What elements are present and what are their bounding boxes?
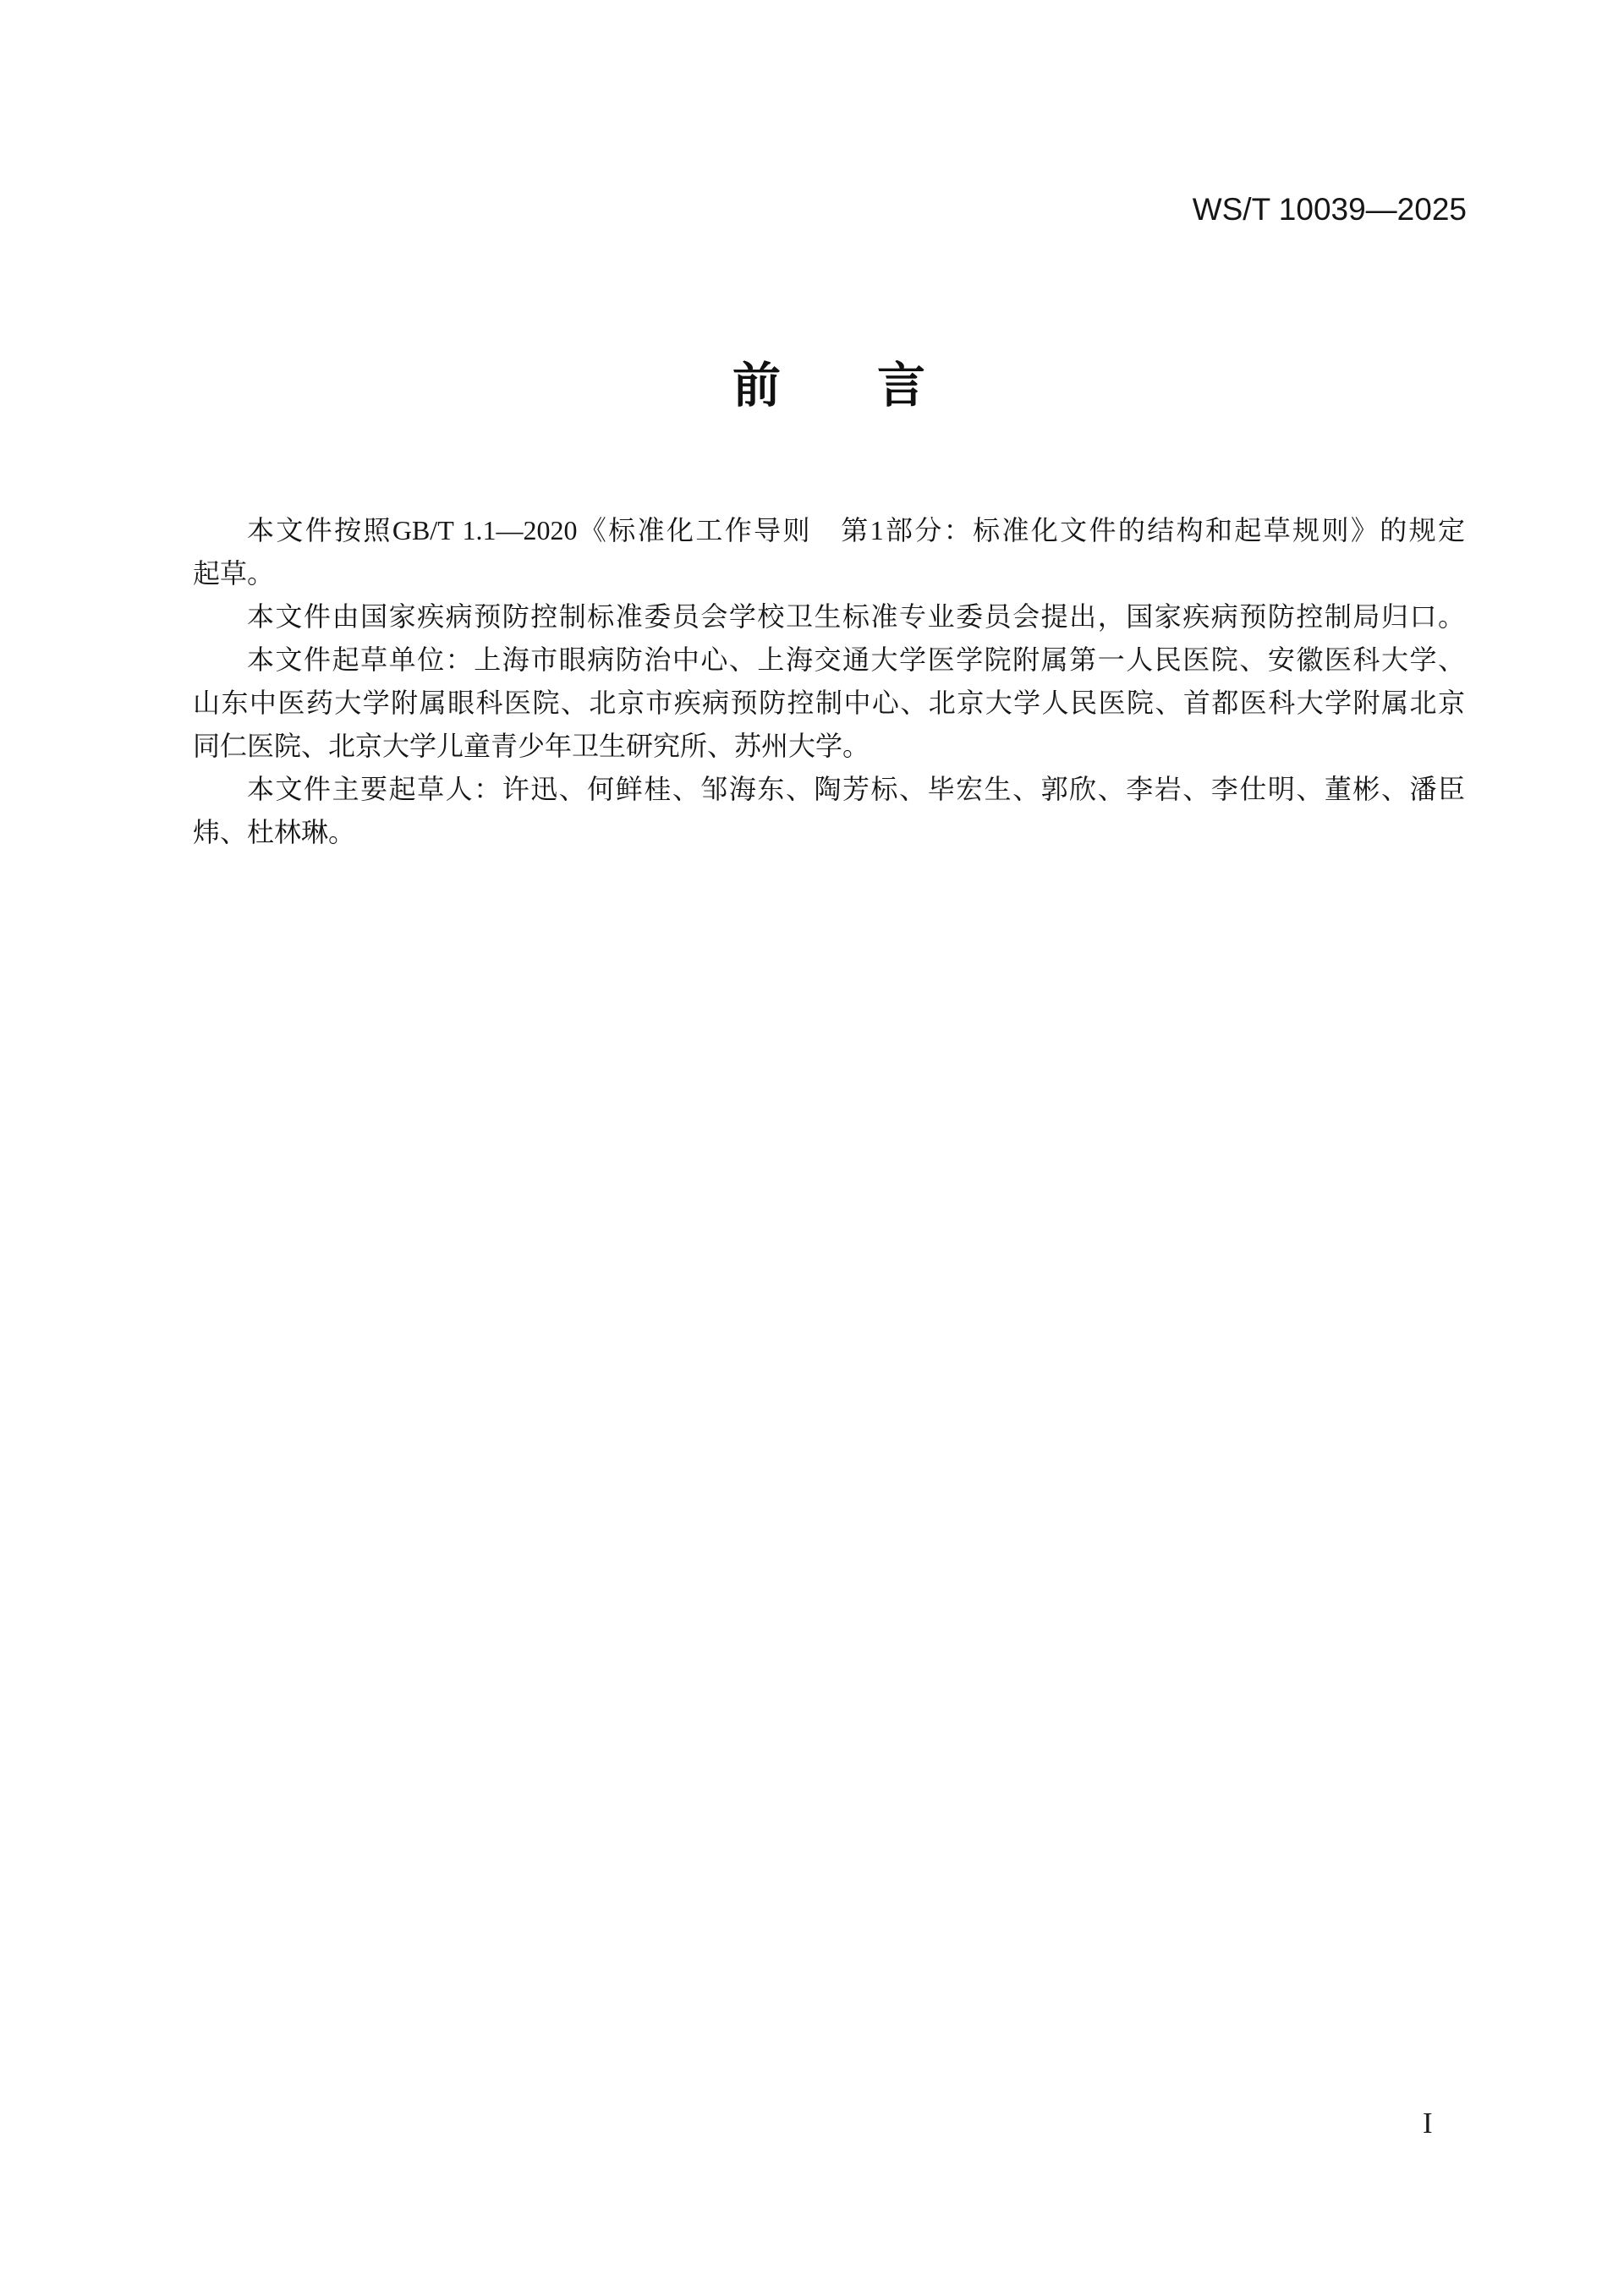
standard-number: WS/T 10039—2025 [1193, 193, 1467, 227]
paragraph-line: 本文件起草单位：上海市眼病防治中心、上海交通大学医学院附属第一人民医院、安徽医科… [193, 638, 1465, 682]
page-title: 前 言 [193, 359, 1465, 413]
paragraph-line: 本文件按照GB/T 1.1—2020《标准化工作导则 第1部分：标准化文件的结构… [193, 509, 1465, 552]
paragraph-line: 本文件由国家疾病预防控制标准委员会学校卫生标准专业委员会提出，国家疾病预防控制局… [193, 595, 1465, 638]
document-page: WS/T 10039—2025 前 言 本文件按照GB/T 1.1—2020《标… [0, 0, 1624, 2296]
paragraph-line: 山东中医药大学附属眼科医院、北京市疾病预防控制中心、北京大学人民医院、首都医科大… [193, 682, 1465, 725]
paragraph-line: 同仁医院、北京大学儿童青少年卫生研究所、苏州大学。 [193, 725, 1465, 768]
paragraph-line: 起草。 [193, 552, 1465, 595]
paragraph-line: 本文件主要起草人：许迅、何鲜桂、邹海东、陶芳标、毕宏生、郭欣、李岩、李仕明、董彬… [193, 768, 1465, 811]
paragraph-line: 炜、杜林琳。 [193, 811, 1465, 854]
page-number: I [1423, 2107, 1433, 2140]
foreword-body: 本文件按照GB/T 1.1—2020《标准化工作导则 第1部分：标准化文件的结构… [193, 509, 1465, 854]
